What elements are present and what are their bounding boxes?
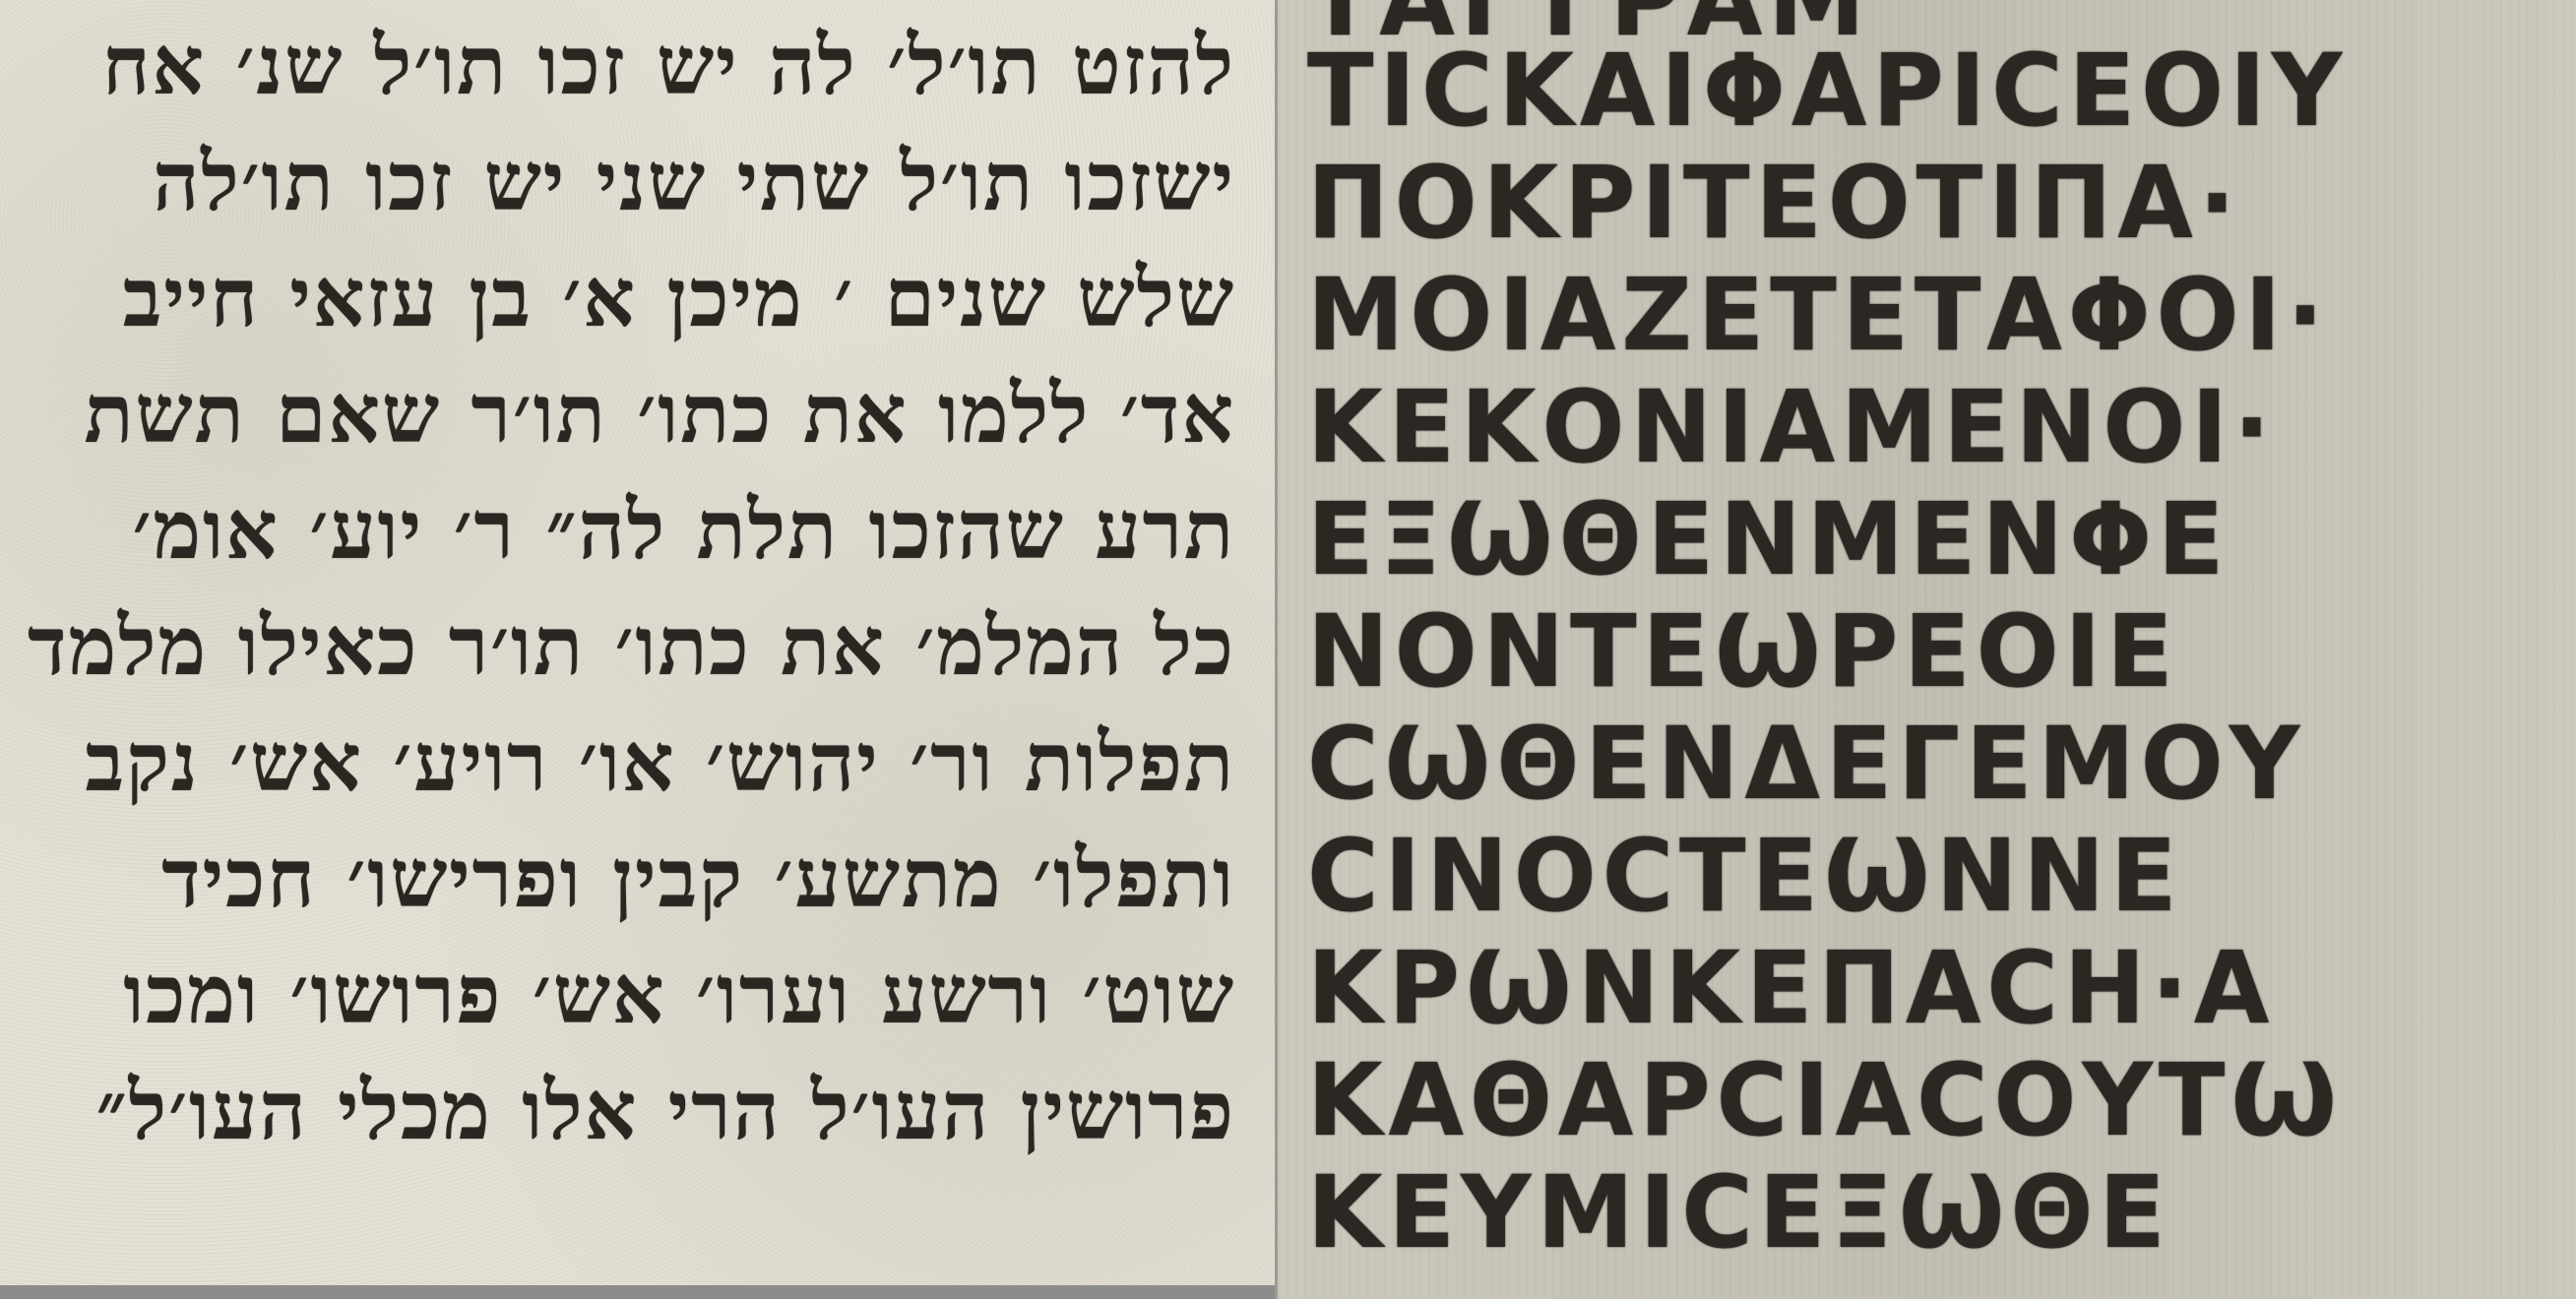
hebrew-line-7: תפלות ור׳ יהוש׳ או׳ רויע׳ אש׳ נקב	[20, 705, 1235, 821]
greek-line-5: ΕΞѠΘΕΝΜΕΝΦΕ	[1307, 484, 2529, 596]
hebrew-line-9: שוט׳ ורשע וערו׳ אש׳ פרושו׳ ומכו	[20, 937, 1235, 1053]
hebrew-line-6: כל המלמ׳ את כתו׳ תו׳ר כאילו מלמד	[20, 588, 1235, 705]
hebrew-line-2: ישזכו תו׳ל שתי שני יש זכו תו׳לה	[20, 124, 1235, 240]
greek-line-fragment: ΤΑΙ ΓΡΑΜ	[1307, 0, 2529, 35]
hebrew-line-4: אד׳ ללמו את כתו׳ תו׳ר שאם תשת	[20, 356, 1235, 472]
hebrew-line-1: להזט תו׳ל׳ לה יש זכו תו׳ל שנ׳ אח	[20, 8, 1235, 124]
greek-line-9: ΚΡѠΝΚΕΠΑϹΗ·Α	[1307, 933, 2529, 1045]
manuscript-comparison: להזט תו׳ל׳ לה יש זכו תו׳ל שנ׳ אח ישזכו ת…	[0, 0, 2576, 1299]
greek-line-2: ΠΟΚΡΙΤΕΟΤΙΠΑ·	[1307, 148, 2529, 260]
hebrew-manuscript-panel: להזט תו׳ל׳ לה יש זכו תו׳ל שנ׳ אח ישזכו ת…	[0, 0, 1275, 1299]
greek-line-10: ΚΑΘΑΡϹΙΑϹΟΥΤѠ	[1307, 1045, 2529, 1157]
hebrew-line-10: פרושין העו׳ל הרי אלו מכלי העו׳ל״	[20, 1053, 1235, 1169]
hebrew-line-3: שלש שנים ׳ מיכן א׳ בן עזאי חייב	[20, 240, 1235, 356]
greek-line-4: ΚΕΚΟΝΙΑΜΕΝΟΙ·	[1307, 372, 2529, 484]
greek-line-3: ΜΟΙΑΖΕΤΕΤΑΦΟΙ·	[1307, 260, 2529, 372]
greek-manuscript-panel: ΤΑΙ ΓΡΑΜ ΤΙϹΚΑΙΦΑΡΙϹΕΟΙΥ ΠΟΚΡΙΤΕΟΤΙΠΑ· Μ…	[1278, 0, 2576, 1299]
greek-line-11: ΚΕΥΜΙϹΕΞѠΘΕ	[1307, 1157, 2529, 1269]
hebrew-line-5: תרע שהזכו תלת לה״ ר׳ יוע׳ אומ׳	[20, 472, 1235, 588]
hebrew-text-block: להזט תו׳ל׳ לה יש זכו תו׳ל שנ׳ אח ישזכו ת…	[20, 8, 1235, 1169]
greek-text-block: ΤΑΙ ΓΡΑΜ ΤΙϹΚΑΙΦΑΡΙϹΕΟΙΥ ΠΟΚΡΙΤΕΟΤΙΠΑ· Μ…	[1307, 0, 2566, 1269]
greek-line-8: ϹΙΝΟϹΤΕѠΝΝΕ	[1307, 821, 2529, 933]
greek-line-1: ΤΙϹΚΑΙΦΑΡΙϹΕΟΙΥ	[1307, 35, 2529, 148]
greek-line-7: ϹѠΘΕΝΔΕΓΕΜΟΥ	[1307, 709, 2529, 821]
greek-line-6: ΝΟΝΤΕѠΡΕΟΙΕ	[1307, 596, 2529, 709]
hebrew-line-8: ותפלו׳ מתשע׳ קבין ופרישו׳ חכיד	[20, 821, 1235, 937]
